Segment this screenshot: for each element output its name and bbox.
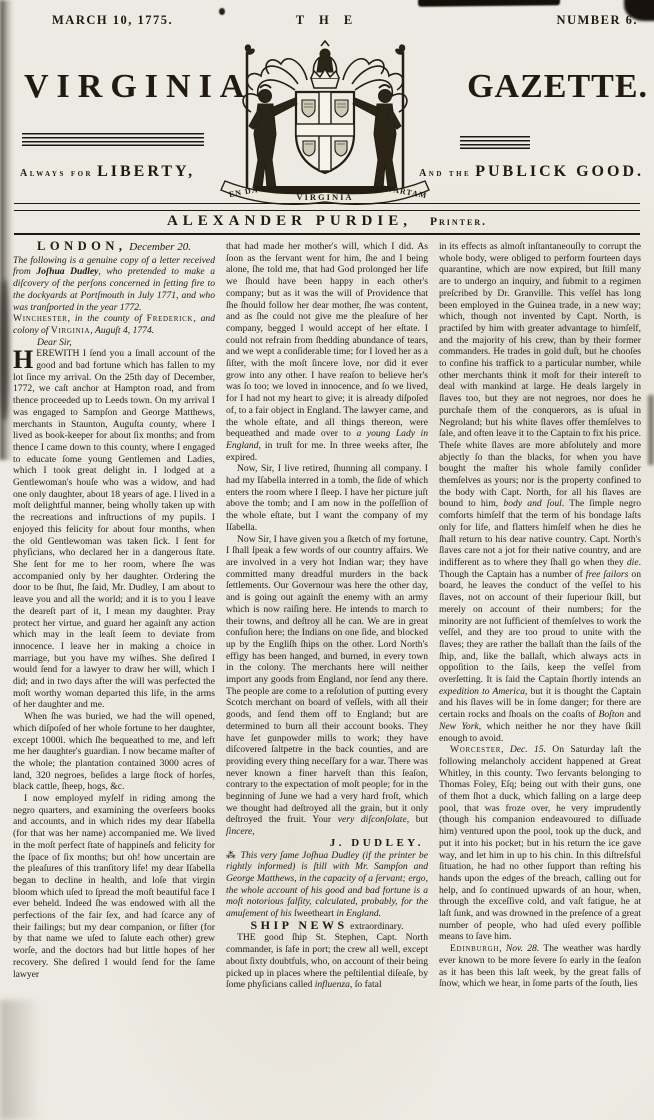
- article-paragraph: Now, Sir, I live retired, ſhunning all c…: [226, 463, 428, 533]
- article-paragraph: I now employed myſelf in riding among th…: [13, 793, 215, 980]
- motto-left: Always for LIBERTY,: [20, 163, 195, 181]
- crest-top-figure: [317, 41, 333, 72]
- motto-left-prefix: Always for: [20, 168, 93, 179]
- article-columns: LONDON, December 20.The following is a g…: [13, 241, 641, 1120]
- motto-right-emphasis: PUBLICK GOOD.: [475, 163, 644, 180]
- coat-of-arms: EN DAT VIRGINIA QUARTAM: [203, 38, 447, 214]
- article-paragraph: in its effects as almoſt inſtantaneouſly…: [439, 241, 641, 744]
- article-paragraph: When ſhe was buried, we had the will ope…: [13, 711, 215, 793]
- article-paragraph: Worcester, Dec. 15. On Saturday laſt the…: [439, 744, 641, 943]
- column-1: LONDON, December 20.The following is a g…: [13, 241, 215, 1120]
- motto-right: And the PUBLICK GOOD.: [419, 163, 644, 181]
- crest-crown: [311, 69, 339, 88]
- scan-smudge: [648, 395, 654, 465]
- masthead-rule-thick: [14, 233, 640, 235]
- printer-name: ALEXANDER PURDIE,: [167, 213, 412, 229]
- scan-smudge: [0, 280, 9, 420]
- printer-note: ⁂ This very ſame Joſhua Dudley (if the p…: [226, 850, 428, 920]
- issue-number: NUMBER 6.: [556, 13, 638, 28]
- section-heading: SHIP NEWS extraordinary.: [226, 920, 428, 933]
- crest-motto-center: VIRGINIA: [296, 192, 353, 202]
- letter-signature: J. DUDLEY.: [226, 838, 428, 850]
- letter-address: Winchester, in the county of Frederick, …: [13, 313, 215, 336]
- printer-line: ALEXANDER PURDIE, Printer.: [0, 212, 654, 230]
- column-2: that had made her mother's will, which I…: [226, 241, 428, 1120]
- crest-ribbon: EN DAT VIRGINIA QUARTAM: [221, 181, 429, 204]
- article-paragraph: Now Sir, I have given you a ſketch of my…: [226, 534, 428, 838]
- letter-salutation: Dear Sir,: [13, 337, 215, 349]
- masthead: MARCH 10, 1775. T H E NUMBER 6. VIRGINIA…: [0, 0, 654, 240]
- article-paragraph: that had made her mother's will, which I…: [226, 241, 428, 463]
- masthead-rule-double: [14, 203, 640, 211]
- motto-left-emphasis: LIBERTY,: [97, 163, 195, 180]
- section-dateline: LONDON, December 20.: [13, 241, 215, 254]
- ornamental-rule-right: [460, 136, 530, 149]
- paper-title-right: GAZETTE.: [467, 68, 648, 106]
- article-paragraph: HEREWITH I ſend you a ſmall account of t…: [13, 348, 215, 711]
- article-paragraph: THE good ſhip St. Stephen, Capt. North c…: [226, 932, 428, 991]
- printer-role: Printer.: [430, 216, 487, 228]
- column-3: in its effects as almoſt inſtantaneouſly…: [439, 241, 641, 1120]
- ornamental-rule-left: [22, 133, 204, 146]
- newspaper-page: MARCH 10, 1775. T H E NUMBER 6. VIRGINIA…: [0, 0, 654, 1120]
- editor-note: The following is a genuine copy of a let…: [13, 255, 215, 314]
- article-paragraph: Edinburgh, Nov. 28. The weather was hard…: [439, 943, 641, 990]
- crest-shield: [296, 92, 354, 173]
